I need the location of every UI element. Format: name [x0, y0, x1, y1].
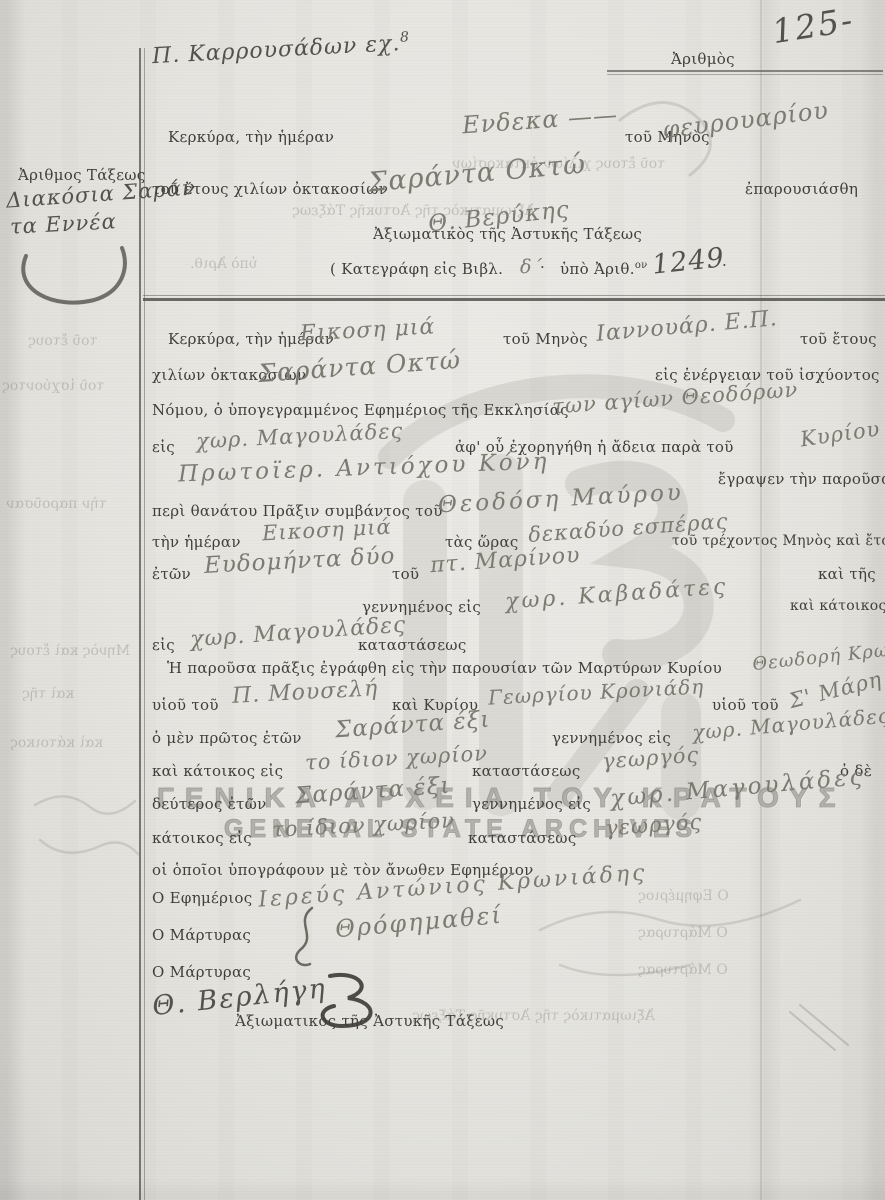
priest-signature-label: Ο Εφημέριος	[152, 889, 252, 907]
upper-presented-label: ἐπαρουσιάσθη	[745, 180, 858, 198]
ghost-present: τὴν παροῦσαν	[6, 496, 106, 512]
second-witness-age-label: δεύτερος ἐτῶν	[152, 795, 267, 813]
ghost-month-year: Μηνὸς καὶ ἔτους	[10, 643, 130, 659]
body-year-entry: Σαράντα Οκτώ	[257, 345, 462, 388]
ghost-under-no: ὑπὸ Ἀριθ.	[190, 256, 257, 272]
first-witness-residence-entry: το ίδιον χωρίον	[304, 741, 488, 775]
body-month-label: τοῦ Μηνὸς	[503, 330, 588, 348]
ghost-year: τοῦ ἔτους	[28, 333, 97, 349]
body-of-label: τοῦ	[392, 565, 419, 583]
witness1-signature: Θρόφημαθεί	[334, 901, 504, 944]
body-grantor-entry: Πρωτοϊερ. Αντιόχου Κόνη	[178, 449, 550, 488]
first-witness-status-entry: γεωργός	[601, 743, 700, 774]
witness1-signature-label: Ο Μάρτυρας	[152, 926, 251, 944]
registered-dot-1: ·	[540, 258, 545, 276]
ghost-and-of: καὶ τῆς	[22, 686, 74, 702]
witness2-name-entry: Γεωργίου Κρονιάδη	[488, 674, 705, 709]
ghost-resident: καὶ κάτοικος	[10, 735, 103, 751]
witness1-father-entry: Π. Μουσελή	[231, 676, 378, 709]
scanned-death-record-page: τοῦ ἔτους χιλίων ὀκτακοσίων Ἀξιωματικὸς …	[0, 0, 885, 1200]
upper-month-entry: φευρουαρίου	[661, 96, 830, 144]
upper-officer-label: Ἀξιωματικὸς τῆς Ἀστυκῆς Τάξεως	[373, 225, 642, 243]
body-resident-label: καὶ κάτοικος	[790, 598, 885, 614]
arithmos-underline-2	[607, 74, 883, 75]
first-witness-status-label: καταστάσεως	[472, 762, 581, 780]
second-witness-status-label: καταστάσεως	[468, 829, 577, 847]
witness2-signature-label: Ο Μάρτυρας	[152, 963, 251, 981]
body-mister-entry: Κυρίου	[799, 417, 882, 452]
under-number-label: ὑπὸ Ἀριθ.ον	[560, 260, 648, 278]
page-number: 125-	[769, 0, 856, 51]
margin-entry-flourish	[4, 238, 144, 328]
registered-label: ( Κατεγράφη εἰς Βιβλ.	[330, 260, 503, 278]
ghost-law: τοῦ ἰσχύοντος	[2, 378, 104, 394]
left-margin-rule-inner	[144, 48, 145, 1200]
body-at-label-1: εἰς	[152, 438, 175, 456]
first-witness-resident-label: καὶ κάτοικος εἰς	[152, 762, 283, 780]
body-priest-label: Νόμου, ὁ ὑπογεγραμμένος Εφημέριος τῆς Εκ…	[152, 401, 569, 419]
under-number-superscript: ον	[635, 260, 648, 271]
witness1-signature-bracket	[288, 902, 328, 972]
left-margin-rule-outer	[139, 48, 141, 1200]
officer-title-label: Ἀξιωματικὸς τῆς Ἀστυκῆς Τάξεως	[235, 1012, 504, 1030]
son-of-label-2: υἱοῦ τοῦ	[712, 696, 779, 714]
body-day-entry: Εικοση μιά	[299, 314, 435, 346]
body-current-month-label: τοῦ τρέχοντος Μηνὸς καὶ ἔτους	[672, 533, 885, 549]
body-age-label: ἐτῶν	[152, 565, 191, 583]
under-number-text: ὑπὸ Ἀριθ.	[560, 260, 635, 278]
upper-year-label: τοῦ ἔτους χιλίων ὀκτακοσίων	[152, 180, 388, 198]
body-deceased-entry: Θεοδόση Μαύρου	[437, 480, 684, 519]
header-annotation-text: Π. Καρρουσάδων εχ.	[152, 31, 401, 69]
margin-entry-line2: τα Εννέα	[9, 209, 117, 239]
second-witness-resident-label: κάτοικος εἰς	[152, 829, 252, 847]
second-witness-born-label: γεννημένος εἰς	[472, 795, 591, 813]
header-annotation: Π. Καρρουσάδων εχ.8	[151, 29, 410, 69]
son-of-label-1: υἱοῦ τοῦ	[152, 696, 219, 714]
first-witness-born-label: γεννημένος εἰς	[552, 729, 671, 747]
arithmos-label: Ἀριθμὸς	[671, 50, 735, 68]
section-divider-top	[143, 295, 885, 296]
header-annotation-superscript: 8	[400, 29, 411, 45]
body-at-label-2: εἰς	[152, 636, 175, 654]
body-status-label-0: καταστάσεως	[358, 636, 467, 654]
body-wrote-label: ἔγραψεν τὴν παροῦσαν	[718, 470, 885, 488]
registration-number-entry: 1249	[651, 242, 727, 280]
first-witness-age-label: ὁ μὲν πρῶτος ἐτῶν	[152, 729, 302, 747]
registered-dot-2: ·	[722, 256, 727, 274]
body-birth-village-entry: χωρ. Καβαδάτες	[504, 574, 729, 615]
upper-day-entry: Ενδεκα ——	[461, 101, 619, 140]
arithmos-underline-1	[607, 70, 883, 72]
body-year-label-1: τοῦ ἔτους	[800, 330, 877, 348]
body-day-label-2: τὴν ἡμέραν	[152, 533, 241, 551]
section-divider-main	[143, 298, 885, 301]
ghost-witness1-label: Ο Μάρτυρας	[638, 925, 728, 941]
first-witness-age-entry: Σαράντα έξι	[334, 707, 491, 744]
ghost-witness2-label: Ο Μάρτυρας	[638, 962, 728, 978]
ghost-priest-label: Ο Εφημέριος	[638, 888, 729, 904]
witness-intro-label: Ἡ παροῦσα πρᾶξις ἐγράφθη εἰς τὴν παρουσί…	[167, 659, 722, 677]
body-death-label: περὶ θανάτου Πρᾶξιν συμβάντος τοῦ	[152, 502, 443, 520]
body-and-of-label: καὶ τῆς	[818, 565, 876, 583]
body-village-entry-1: χωρ. Μαγουλάδες	[196, 419, 404, 454]
upper-place-day-label: Κερκύρα, τὴν ἡμέραν	[168, 128, 334, 146]
